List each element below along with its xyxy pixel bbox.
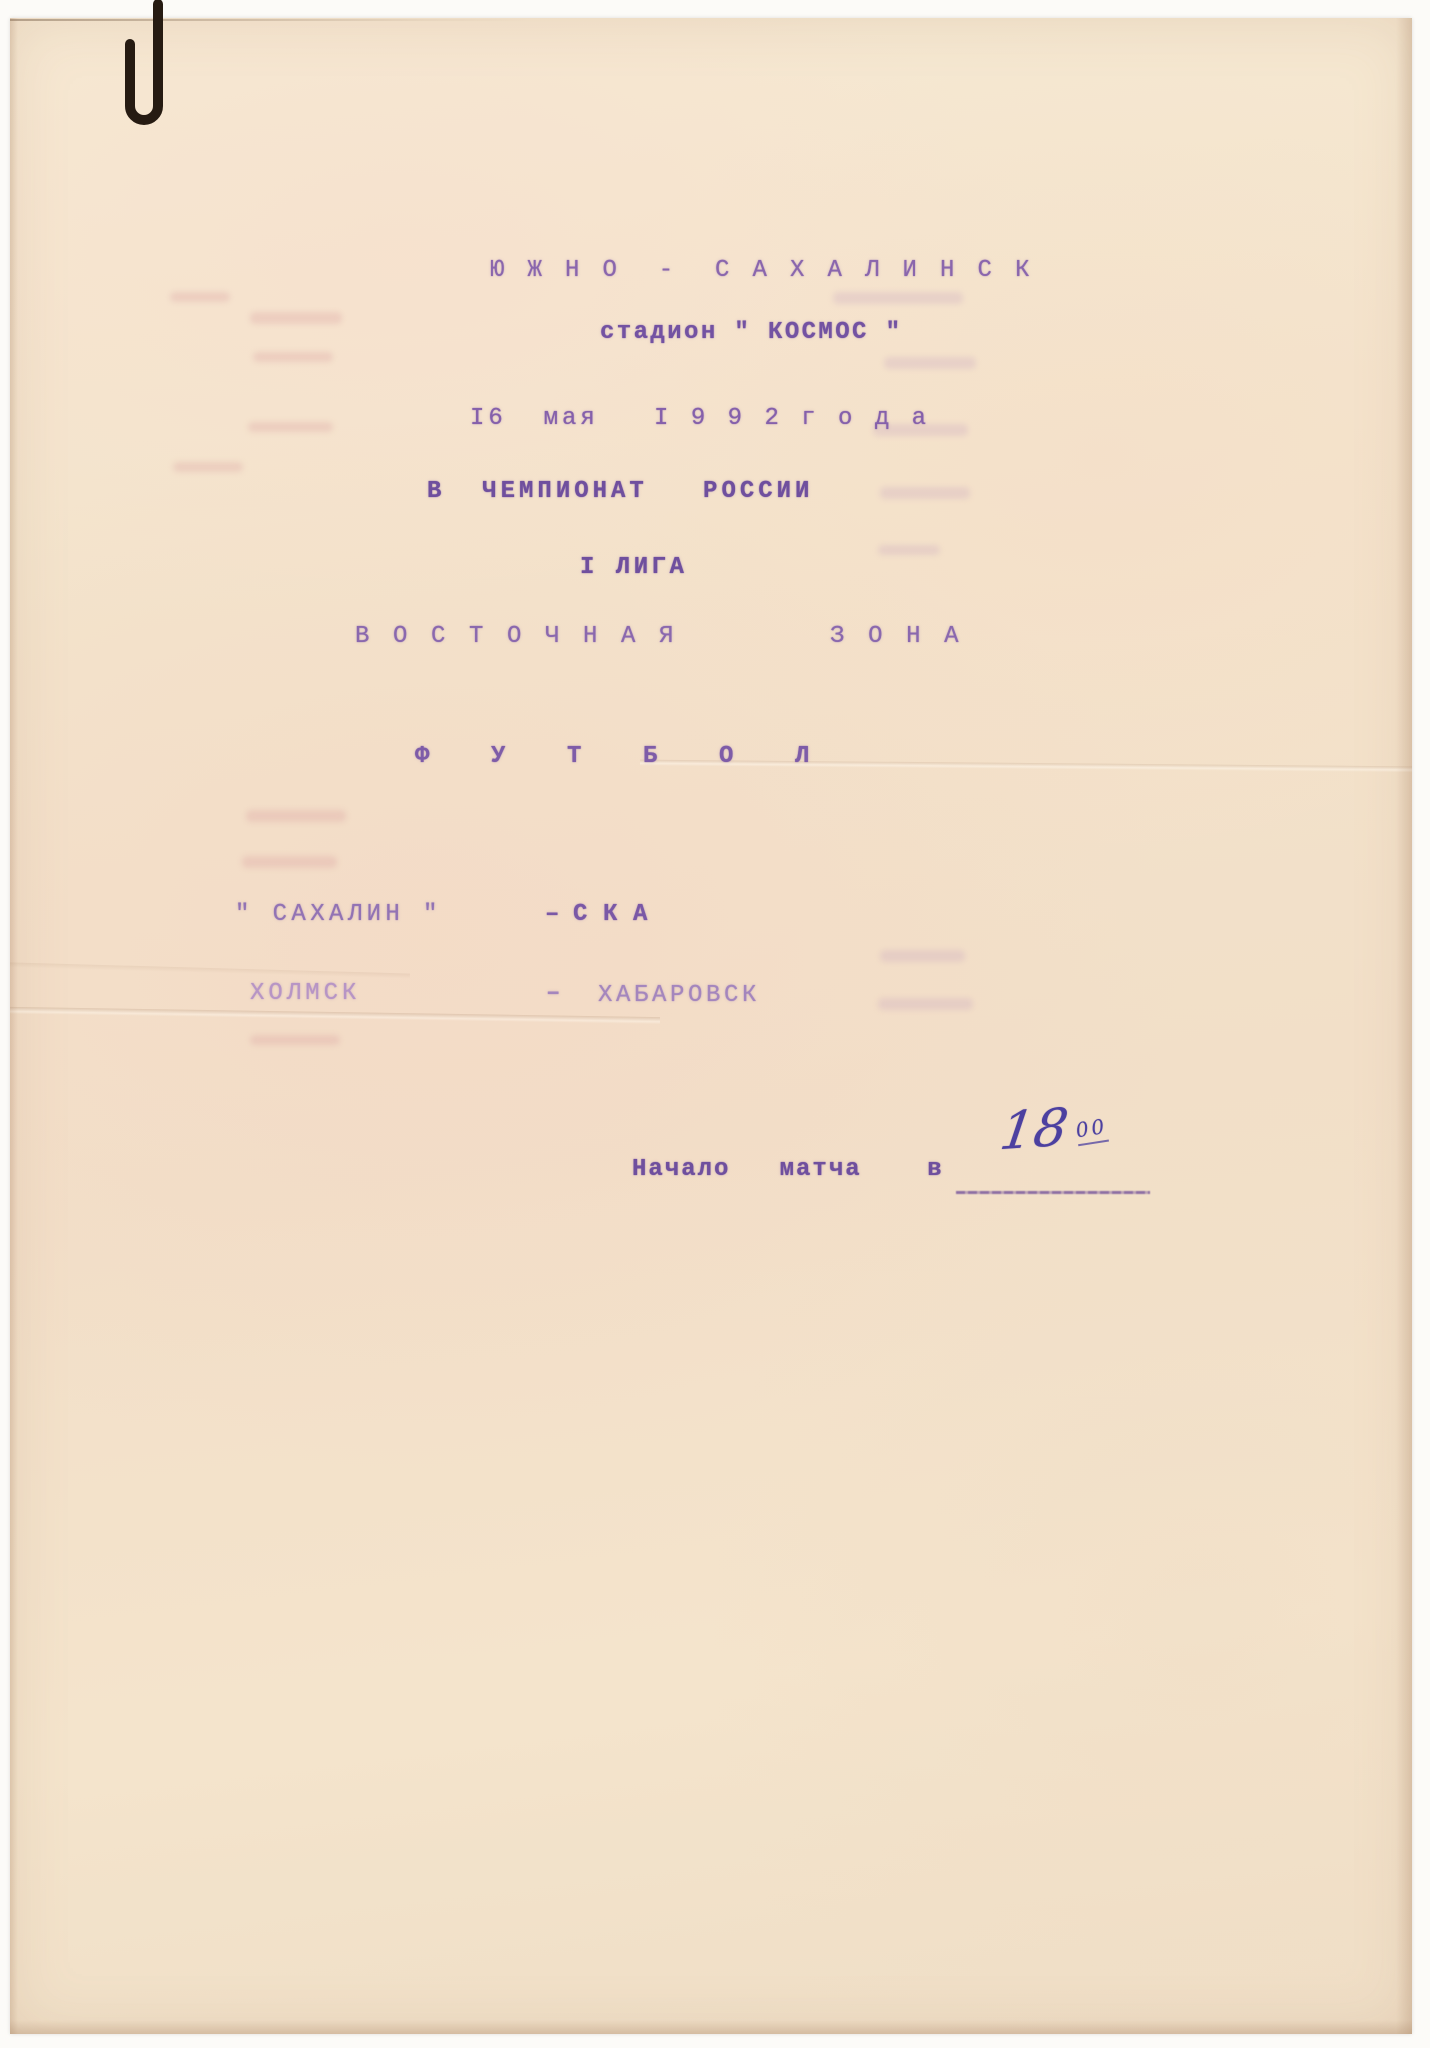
handwritten-kickoff-minutes: 00: [1074, 1114, 1109, 1147]
scanned-page-background: { "document": { "city_title": "Ю Ж Н О -…: [0, 0, 1430, 2048]
paper-right-edge: [1396, 18, 1412, 2034]
home-team-name: " САХАЛИН ": [235, 900, 442, 930]
championship-line: В ЧЕМПИОНАТ РОССИИ: [427, 477, 813, 507]
paper-left-edge: [10, 18, 18, 2034]
away-team-city: ХАБАРОВСК: [598, 981, 760, 1011]
teams-separator-dash: –: [545, 900, 559, 930]
paper-bottom-edge: [10, 2020, 1412, 2034]
kickoff-time-underline: [956, 1191, 1150, 1194]
away-team-name: С К А: [573, 900, 648, 930]
handwritten-kickoff-hour: 18: [997, 1100, 1072, 1160]
stadium-line: стадион " КОСМОС ": [600, 318, 902, 348]
home-team-city: ХОЛМСК: [250, 979, 360, 1009]
event-title-line: Ф У Т Б О Л: [415, 742, 810, 772]
paper-top-edge: [10, 19, 530, 21]
league-line: I ЛИГА: [580, 553, 687, 583]
city-title-line: Ю Ж Н О - С А Х А Л И Н С К: [490, 256, 1034, 286]
match-date-line: I6 мая I 9 9 2 г о д а: [470, 404, 930, 434]
kickoff-label: Начало матча в: [632, 1155, 944, 1185]
zone-line: В О С Т О Ч Н А Я З О Н А: [355, 622, 963, 652]
cities-separator-dash: –: [546, 979, 560, 1009]
paperclip-icon: [92, 0, 184, 150]
